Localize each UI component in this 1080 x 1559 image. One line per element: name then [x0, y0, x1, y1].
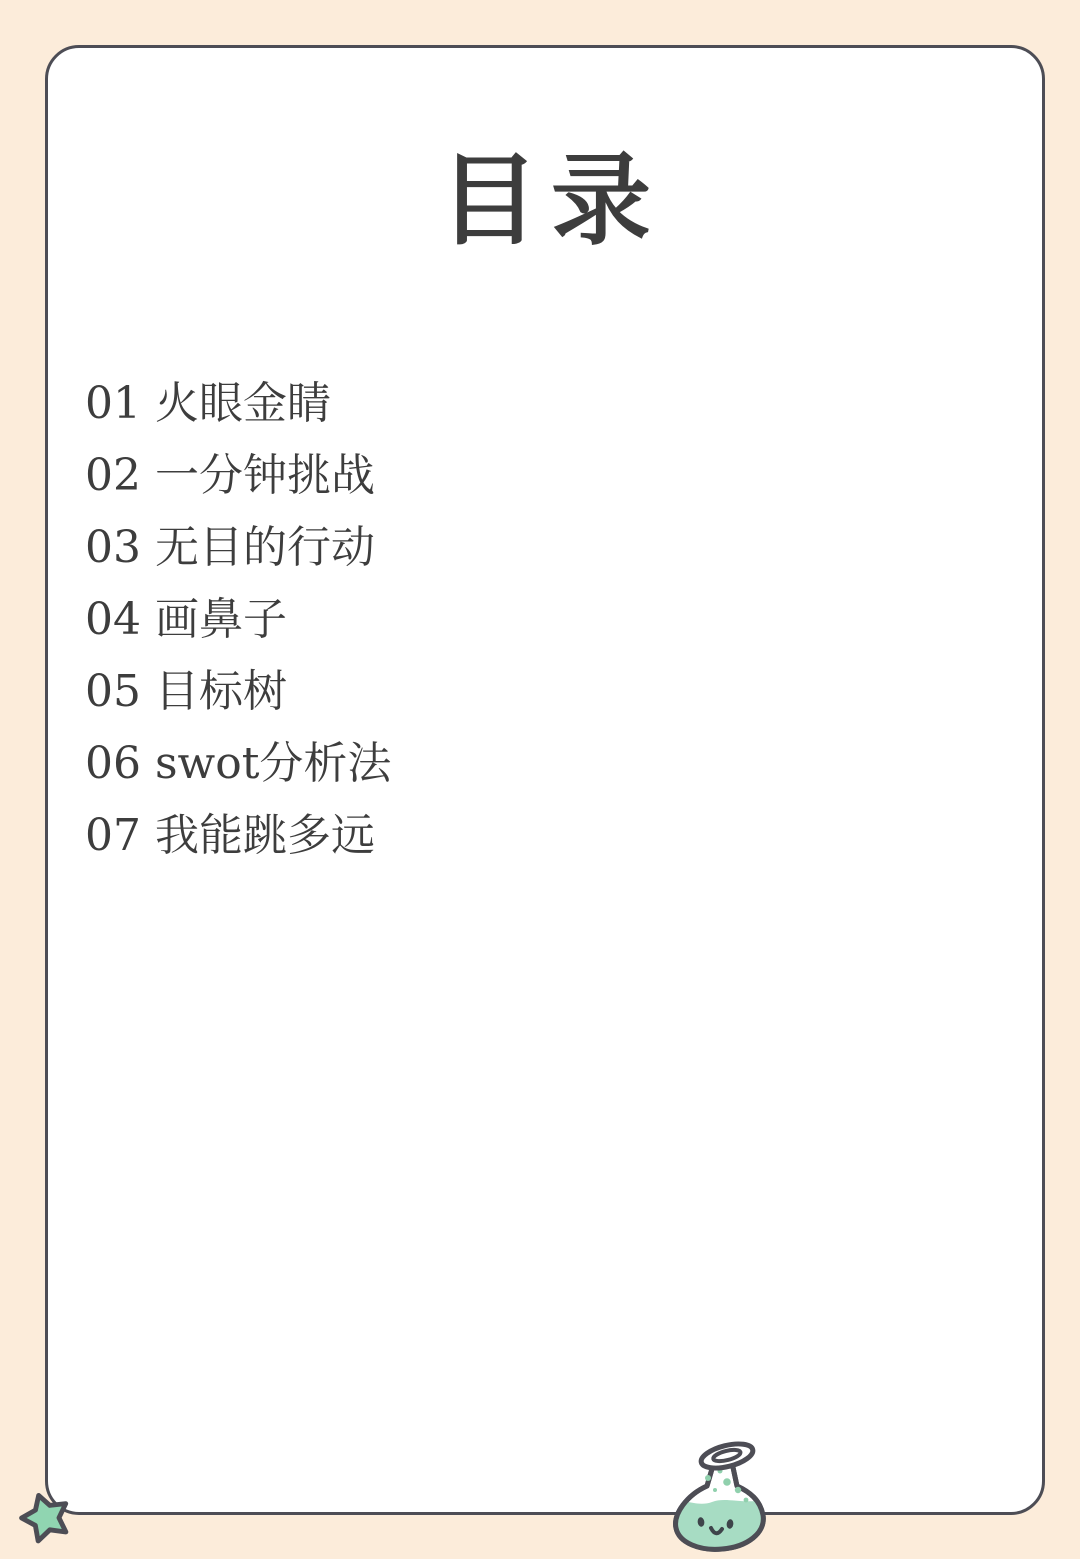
- toc-item-1: 01 火眼金睛: [85, 368, 1042, 440]
- toc-item-3: 03 无目的行动: [85, 512, 1042, 584]
- page-title: 目录: [48, 140, 1042, 260]
- flask-icon: [670, 1440, 774, 1552]
- toc-item-7: 07 我能跳多远: [85, 800, 1042, 872]
- toc-item-5: 05 目标树: [85, 656, 1042, 728]
- toc-item-4: 04 画鼻子: [85, 584, 1042, 656]
- star-icon: [19, 1491, 73, 1545]
- toc-list: 01 火眼金睛 02 一分钟挑战 03 无目的行动 04 画鼻子 05 目标树 …: [48, 368, 1042, 872]
- toc-item-2: 02 一分钟挑战: [85, 440, 1042, 512]
- toc-item-6: 06 swot分析法: [85, 728, 1042, 800]
- content-card: 目录 01 火眼金睛 02 一分钟挑战 03 无目的行动 04 画鼻子 05 目…: [45, 45, 1045, 1515]
